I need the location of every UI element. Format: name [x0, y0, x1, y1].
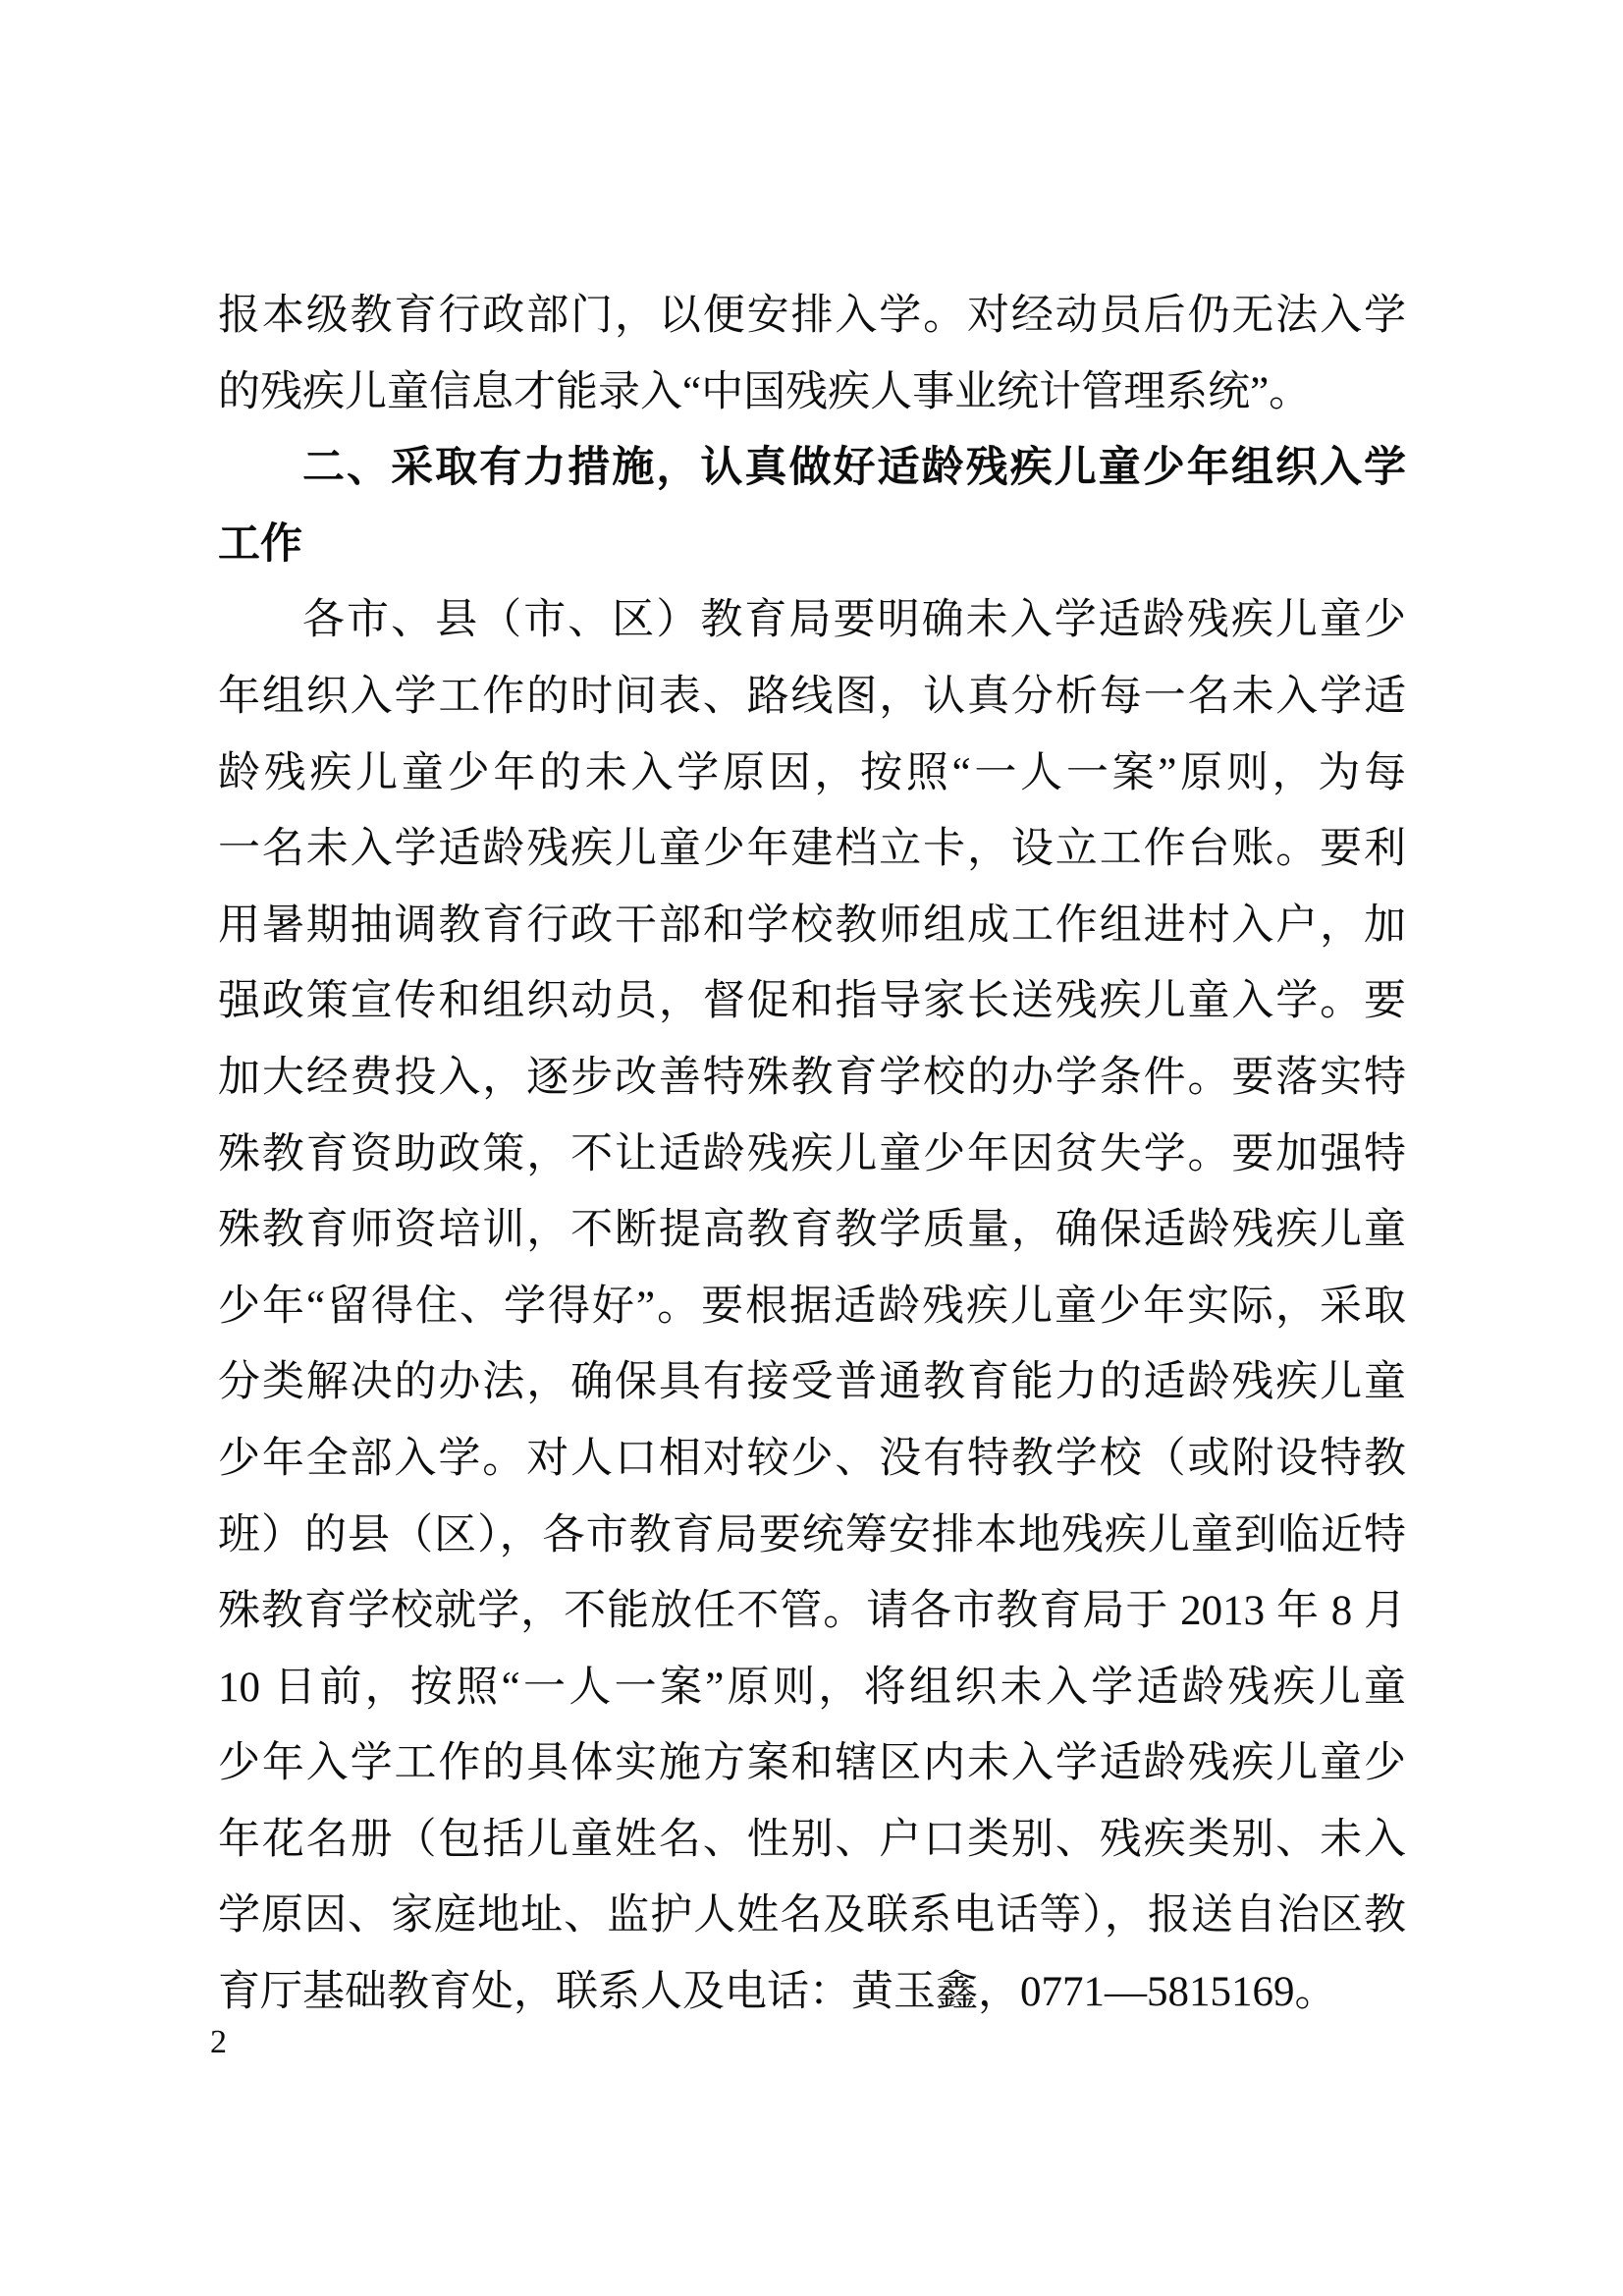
document-line: 用暑期抽调教育行政干部和学校教师组成工作组进村入户，加: [218, 888, 1406, 964]
document-line: 育厅基础教育处，联系人及电话：黄玉鑫，0771—5815169。: [218, 1954, 1406, 2031]
document-line: 各市、县（市、区）教育局要明确未入学适龄残疾儿童少: [218, 582, 1406, 659]
document-page: 报本级教育行政部门，以便安排入学。对经动员后仍无法入学的残疾儿童信息才能录入“中…: [0, 0, 1623, 2296]
document-line: 殊教育学校就学，不能放任不管。请各市教育局于 2013 年 8 月: [218, 1573, 1406, 1650]
document-line: 加大经费投入，逐步改善特殊教育学校的办学条件。要落实特: [218, 1040, 1406, 1117]
document-line: 班）的县（区），各市教育局要统筹安排本地残疾儿童到临近特: [218, 1498, 1406, 1574]
document-line: 强政策宣传和组织动员，督促和指导家长送残疾儿童入学。要: [218, 963, 1406, 1040]
document-line: 年花名册（包括儿童姓名、性别、户口类别、残疾类别、未入: [218, 1802, 1406, 1879]
document-line: 工作: [218, 507, 1406, 583]
document-line: 年组织入学工作的时间表、路线图，认真分析每一名未入学适: [218, 659, 1406, 736]
document-line: 龄残疾儿童少年的未入学原因，按照“一人一案”原则，为每: [218, 736, 1406, 812]
document-line: 报本级教育行政部门，以便安排入学。对经动员后仍无法入学: [218, 278, 1406, 355]
document-line: 二、采取有力措施，认真做好适龄残疾儿童少年组织入学: [218, 430, 1406, 507]
document-line: 少年入学工作的具体实施方案和辖区内未入学适龄残疾儿童少: [218, 1725, 1406, 1802]
document-line: 殊教育师资培训，不断提高教育教学质量，确保适龄残疾儿童: [218, 1192, 1406, 1269]
document-line: 的残疾儿童信息才能录入“中国残疾人事业统计管理系统”。: [218, 355, 1406, 431]
document-line: 一名未入学适龄残疾儿童少年建档立卡，设立工作台账。要利: [218, 811, 1406, 888]
document-line: 少年全部入学。对人口相对较少、没有特教学校（或附设特教: [218, 1421, 1406, 1498]
document-line: 殊教育资助政策，不让适龄残疾儿童少年因贫失学。要加强特: [218, 1117, 1406, 1193]
document-line: 10 日前，按照“一人一案”原则，将组织未入学适龄残疾儿童: [218, 1650, 1406, 1726]
document-line: 分类解决的办法，确保具有接受普通教育能力的适龄残疾儿童: [218, 1344, 1406, 1421]
document-line: 少年“留得住、学得好”。要根据适龄残疾儿童少年实际，采取: [218, 1269, 1406, 1345]
page-number: 2: [210, 2023, 227, 2062]
text-block: 报本级教育行政部门，以便安排入学。对经动员后仍无法入学的残疾儿童信息才能录入“中…: [218, 0, 1406, 2031]
document-line: 学原因、家庭地址、监护人姓名及联系电话等），报送自治区教: [218, 1878, 1406, 1954]
